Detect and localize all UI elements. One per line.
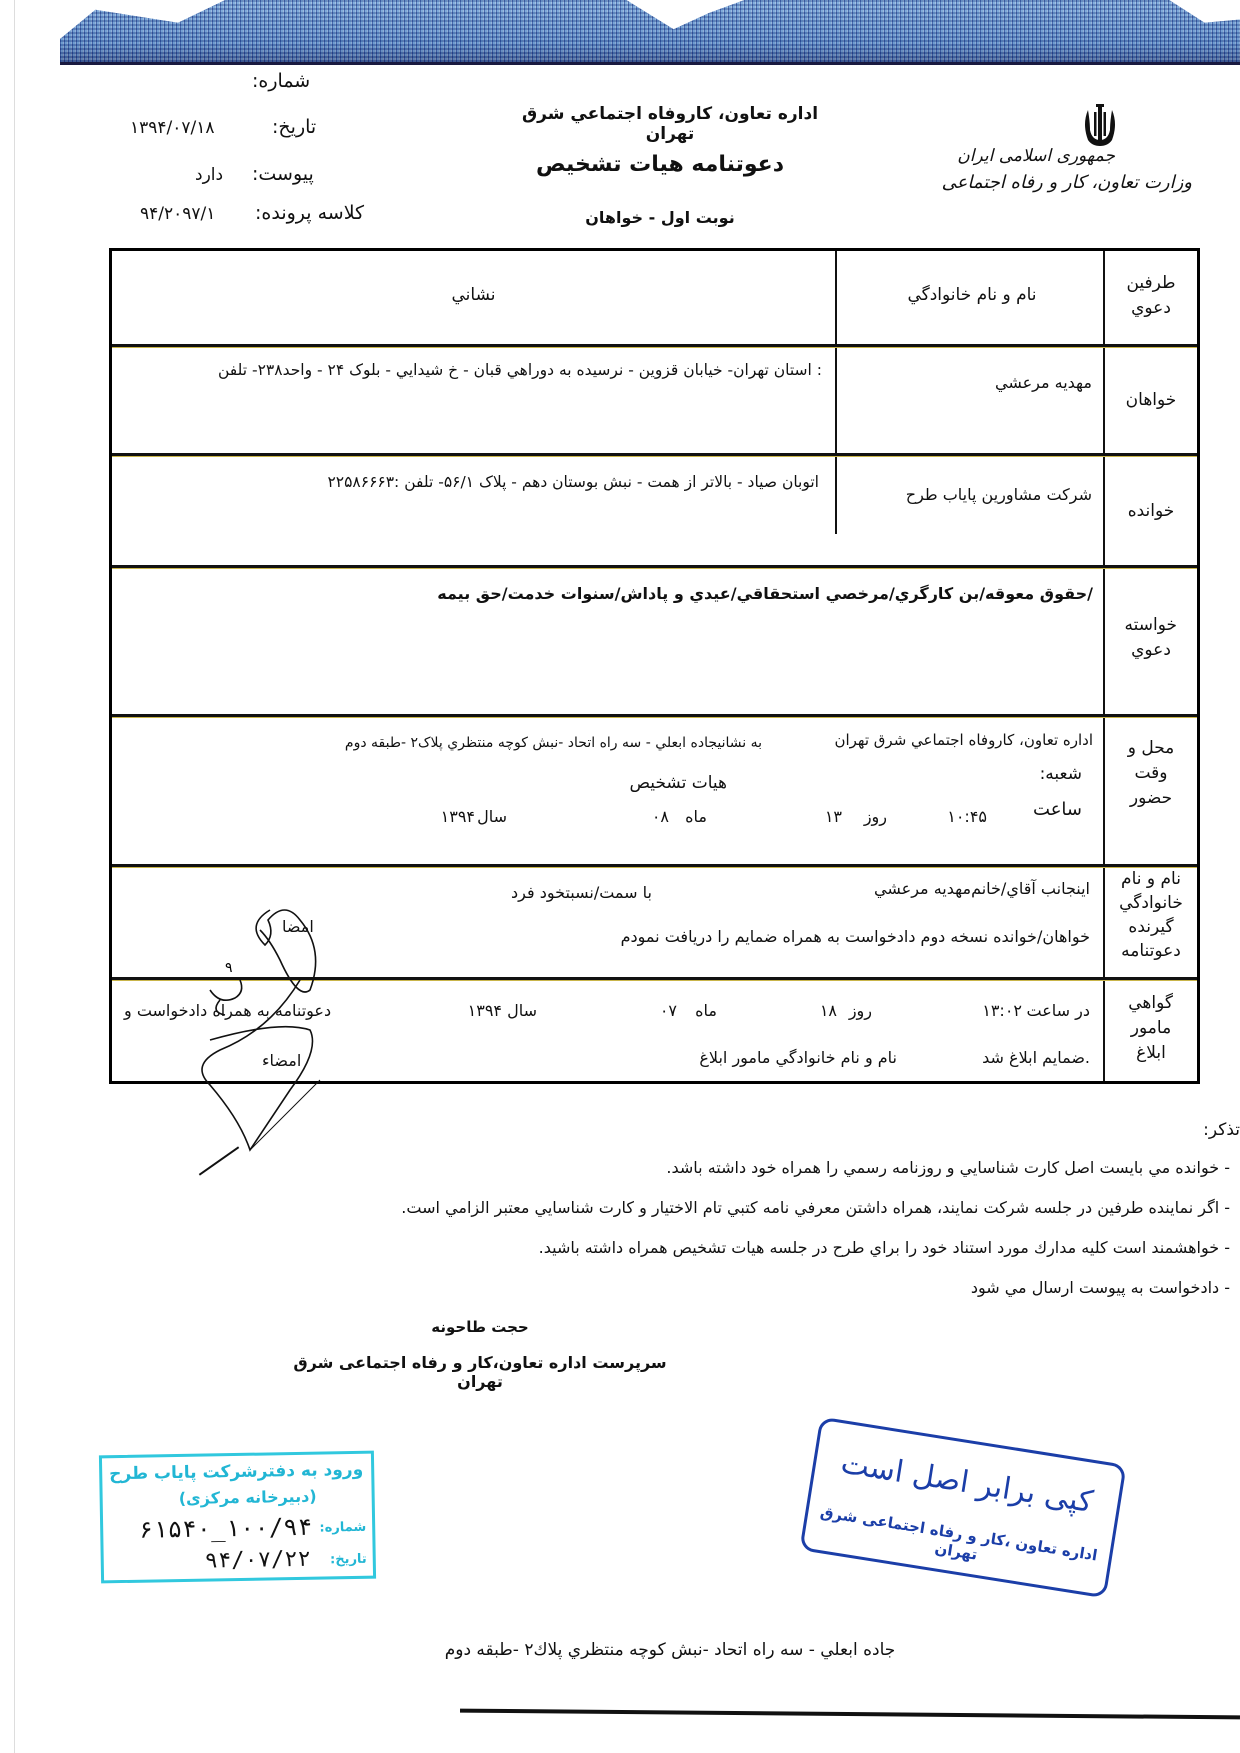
officer-sign-label: امضاء <box>262 1051 301 1070</box>
officer-year-value: ۱۳۹۴ <box>468 1001 502 1020</box>
scan-header-band <box>60 0 1240 65</box>
branch-label: شعبه: <box>1040 764 1082 784</box>
officer-day-value: ۱۸ <box>820 1001 837 1020</box>
divider <box>112 565 1197 569</box>
officer-year-label: سال <box>507 1001 537 1020</box>
notes-heading: تذكر: <box>1203 1120 1240 1140</box>
claim-text: /حقوق معوقه/بن كارگري/مرخصي استحقاقي/عيد… <box>437 584 1093 603</box>
officer-day-label: روز <box>849 1001 872 1020</box>
plaintiff-address: : استان تهران- خيابان قزوين - نرسيده به … <box>218 361 822 379</box>
venue-address: به نشانيجاده ابعلي - سه راه اتحاد -نبش ك… <box>345 735 762 751</box>
parties-label: طرفين دعوي <box>1105 271 1197 321</box>
received-stamp-date-label: تاريخ: <box>330 1552 367 1568</box>
received-stamp-number: ۱۰۰/۹۴_۶۱۵۴۰ <box>139 1513 313 1544</box>
note-item: - اگر نماينده طرفين در جلسه شركت نمايند،… <box>401 1198 1230 1217</box>
certified-copy-stamp: کپی برابر اصل است اداره تعاون ،کار و رفا… <box>799 1417 1126 1599</box>
attachment-label: پيوست: <box>252 163 314 185</box>
day-label: روز <box>864 807 887 826</box>
officer-text-line2: .ضمايم ابلاغ شد <box>982 1048 1090 1067</box>
document-title: دعوتنامه هيات تشخيص <box>510 152 810 177</box>
defendant-label: خوانده <box>1105 499 1197 524</box>
day-value: ۱۳ <box>825 807 842 826</box>
received-stamp-date: ۹۴/۰۷/۲۲ <box>205 1547 311 1574</box>
received-stamp: ورود به دفترشرکت پاياب طرح (دبيرخانه مرک… <box>99 1451 376 1584</box>
divider <box>112 714 1197 718</box>
number-label: شماره: <box>252 70 310 92</box>
footer-rule <box>460 1709 1240 1720</box>
receiver-line1: اينجانب آقاي/خانم‌مهديه مرعشي <box>874 879 1090 898</box>
year-label: سال <box>477 807 507 826</box>
pen-mark <box>199 1146 239 1175</box>
officer-month-label: ماه <box>695 1001 717 1020</box>
file-number-value: ۹۴/۲۰۹۷/۱ <box>140 204 215 224</box>
time-label: ساعت <box>1033 799 1082 820</box>
date-value: ۱۳۹۴/۰۷/۱۸ <box>130 118 215 138</box>
venue-label: محل و وقت حضور <box>1105 736 1197 811</box>
receiver-relation: با سمت/نسبتخود فرد <box>511 883 652 902</box>
signatory-title: سرپرست اداره تعاون،کار و رفاه اجتماعی شر… <box>290 1353 670 1391</box>
received-stamp-number-label: شماره: <box>319 1520 366 1536</box>
month-label: ماه <box>685 807 707 826</box>
receiver-label: نام و نام خانوادگي گيرنده دعوتنامه <box>1105 867 1197 963</box>
address-column-header: نشاني <box>112 285 835 305</box>
year-value: ۱۳۹۴ <box>441 807 475 826</box>
footer-address: جاده ابعلي - سه راه اتحاد -نبش كوچه منتظ… <box>380 1640 960 1660</box>
receiver-line2: خواهان/خوانده نسخه دوم دادخواست به همراه… <box>621 927 1090 946</box>
venue-office: اداره تعاون، کاروفاه اجتماعي شرق تهران <box>834 731 1093 749</box>
officer-month-value: ۰۷ <box>660 1001 677 1020</box>
summons-table: طرفين دعوي نام و نام خانوادگي نشاني خواه… <box>109 248 1200 1084</box>
office-name: اداره تعاون، کاروفاه اجتماعي شرق تهران <box>500 104 840 144</box>
note-item: - دادخواست به پيوست ارسال مي شود <box>971 1278 1230 1297</box>
time-value: ۱۰:۴۵ <box>947 807 987 826</box>
receiver-sign-label: امضا <box>282 917 314 936</box>
branch-value: هيات تشخيص <box>629 773 727 793</box>
divider <box>112 453 1197 457</box>
received-stamp-line1: ورود به دفترشرکت پاياب طرح <box>109 1460 363 1484</box>
note-item: - خوانده مي بايست اصل كارت شناسايي و روز… <box>666 1158 1230 1177</box>
divider <box>112 977 1197 981</box>
divider <box>112 344 1197 348</box>
officer-text-tail: دعوتنامه به همراه دادخواست و <box>124 1001 331 1020</box>
signatory-name: حجت طاحونه <box>420 1318 540 1336</box>
document-subtitle: نوبت اول - خواهان <box>560 208 760 227</box>
note-item: - خواهشمند است كليه مدارك مورد استناد خو… <box>539 1238 1230 1257</box>
month-value: ۰۸ <box>652 807 669 826</box>
officer-time-value: ۱۳:۰۲ <box>982 1001 1022 1020</box>
file-number-label: كلاسه پرونده: <box>255 202 364 224</box>
divider <box>112 864 1197 868</box>
plaintiff-name: مهديه مرعشي <box>995 373 1092 392</box>
officer-label: گواهي مامور ابلاغ <box>1105 991 1197 1066</box>
ministry-line2: وزارت تعاون، کار و رفاه اجتماعی <box>942 172 1192 193</box>
date-label: تاريخ: <box>272 116 316 138</box>
claim-label: خواسته دعوي <box>1105 613 1197 663</box>
officer-name-label: نام و نام خانوادگي مامور ابلاغ <box>699 1048 897 1067</box>
name-column-header: نام و نام خانوادگي <box>838 285 1106 305</box>
officer-time-label: در ساعت <box>1027 1001 1090 1020</box>
left-margin-rule <box>14 0 15 1753</box>
attachment-value: دارد <box>195 165 223 185</box>
defendant-address: اتوبان صياد - بالاتر از همت - نبش بوستان… <box>327 473 819 491</box>
plaintiff-label: خواهان <box>1105 388 1197 413</box>
defendant-name: شرکت مشاورين پاياب طرح <box>906 485 1092 504</box>
divider <box>835 251 837 534</box>
received-stamp-line2: (دبيرخانه مرکزی) <box>179 1487 317 1508</box>
iran-emblem-icon <box>1080 102 1120 150</box>
ministry-line1: جمهوری اسلامی ایران <box>957 146 1115 166</box>
